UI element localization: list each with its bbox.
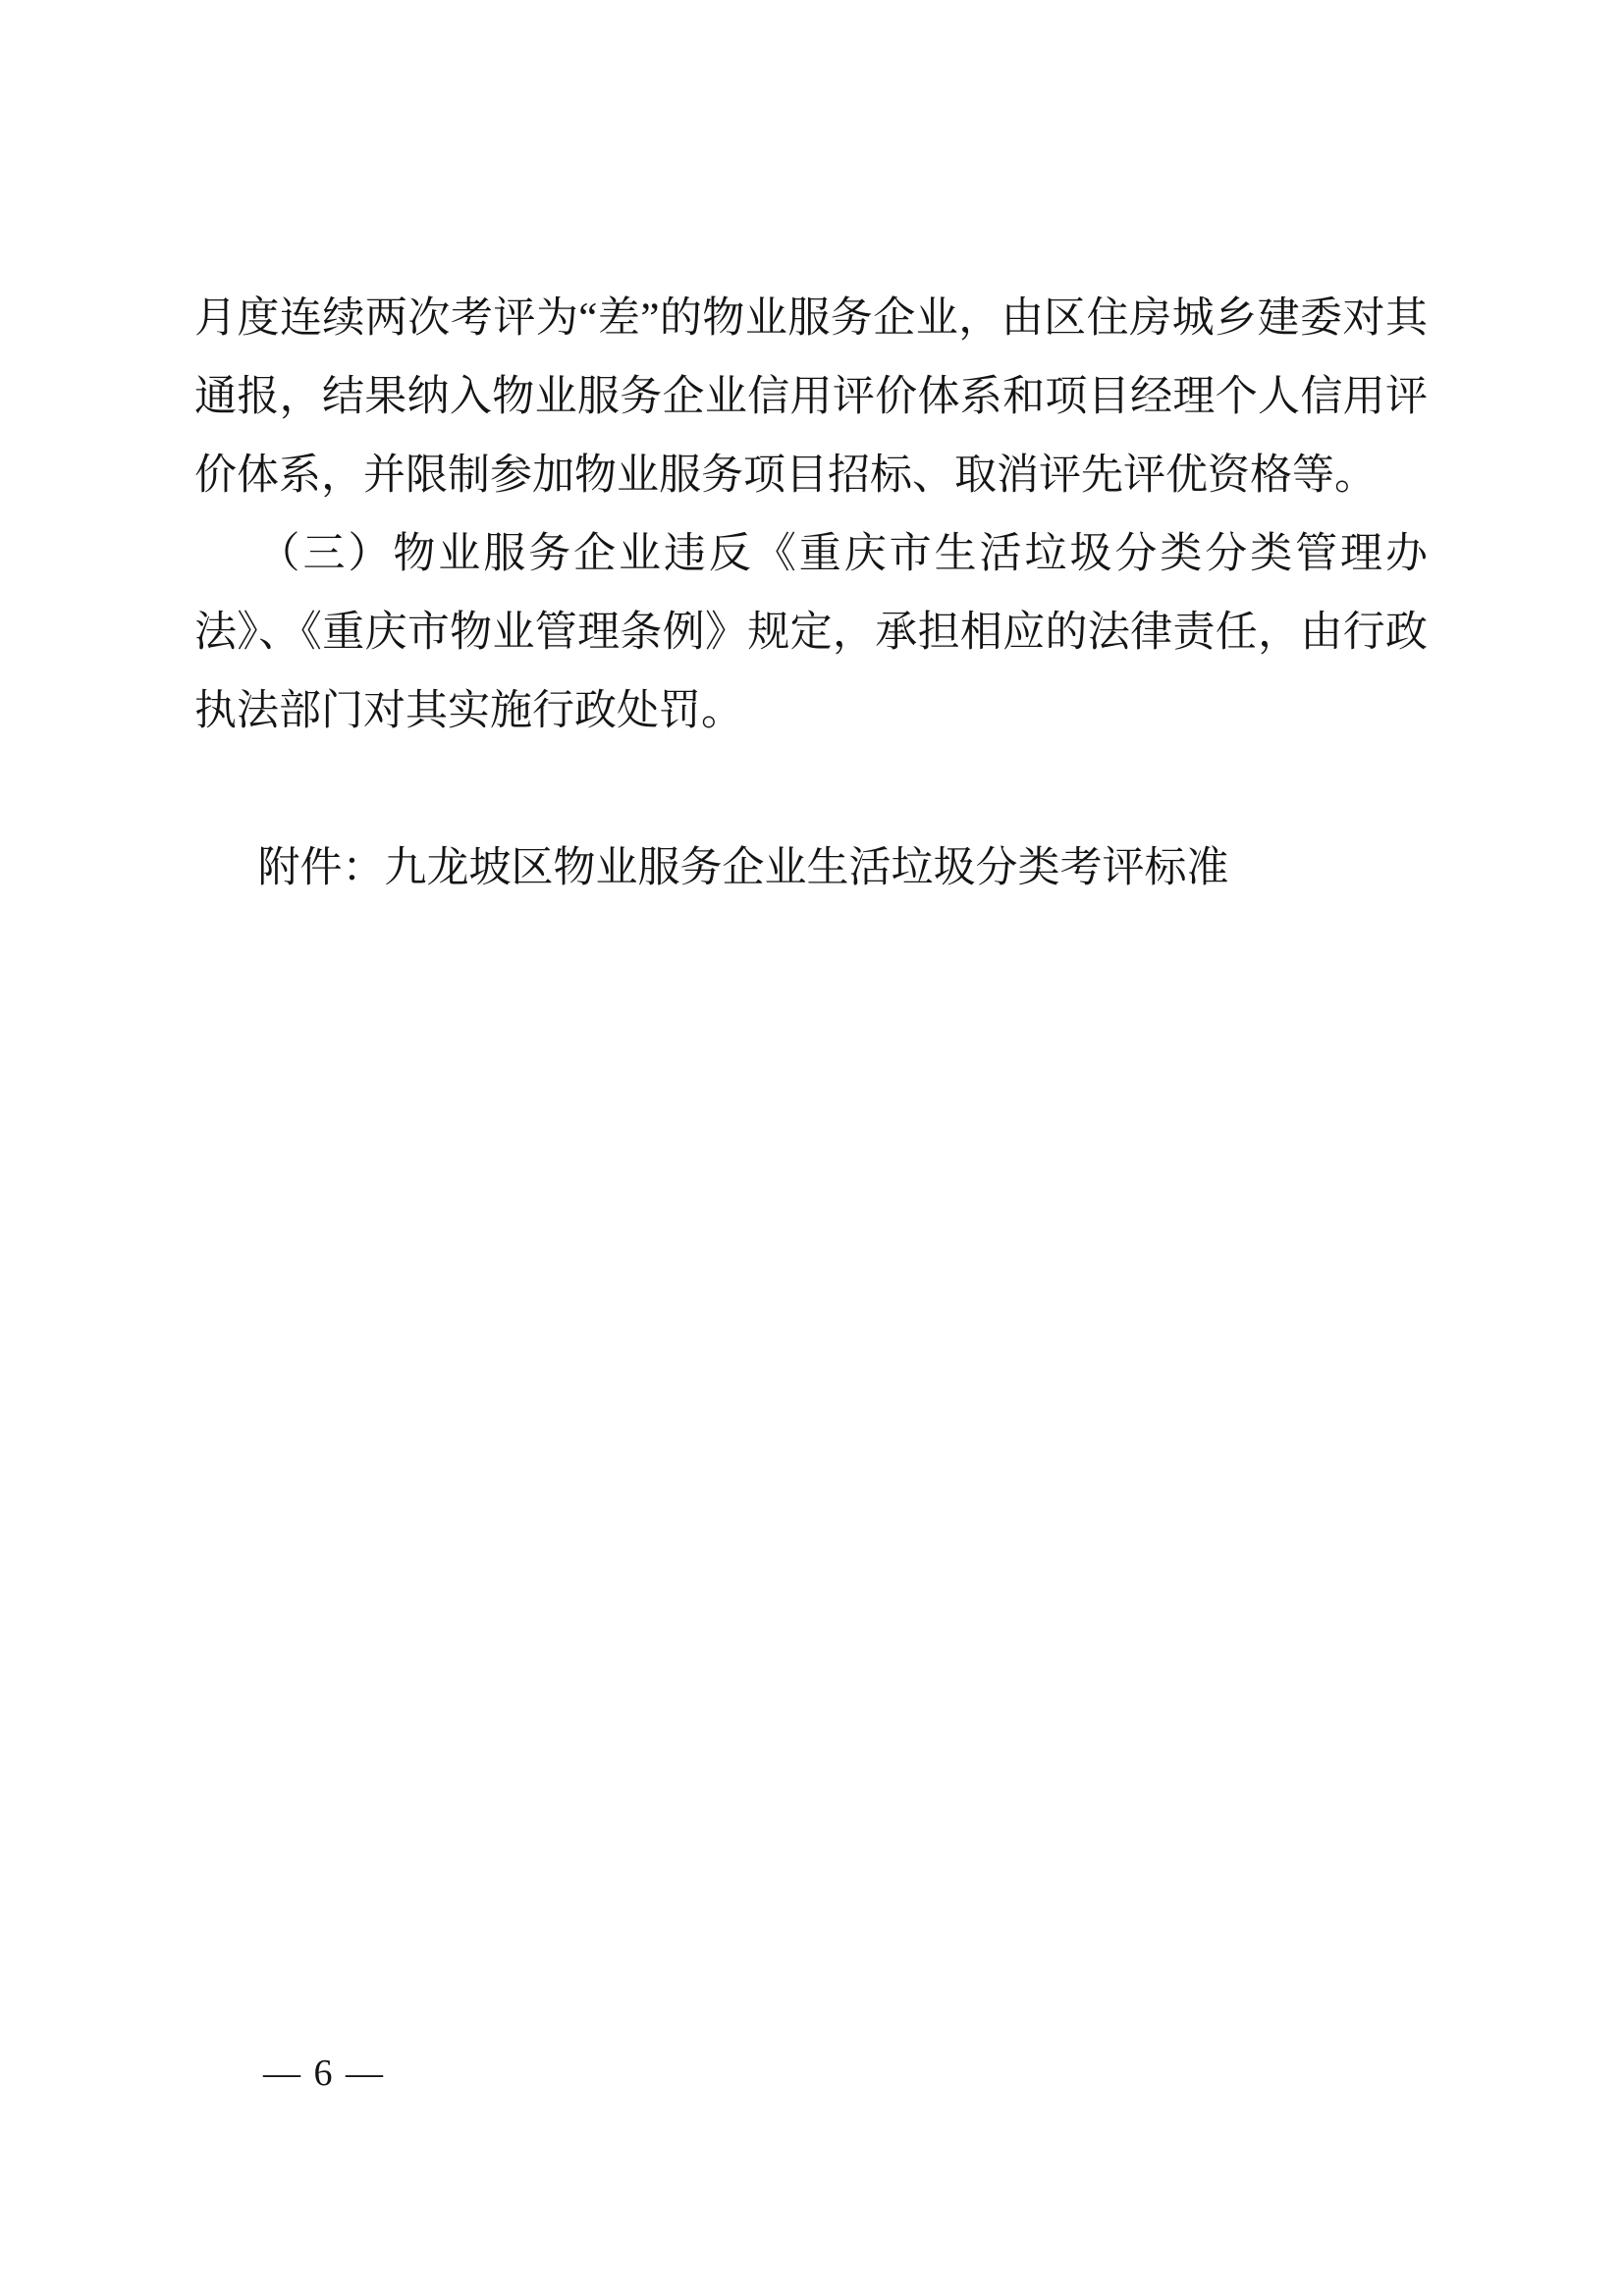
paragraph-legal-liability: （三）物业服务企业违反《重庆市生活垃圾分类分类管理办法》、《重庆市物业管理条例》… (194, 515, 1428, 751)
document-body: 月度连续两次考评为“差”的物业服务企业，由区住房城乡建委对其通报，结果纳入物业服… (194, 280, 1428, 908)
attachment-line: 附件：九龙坡区物业服务企业生活垃圾分类考评标准 (194, 829, 1428, 908)
page-number: — 6 — (263, 2050, 385, 2097)
paragraph-penalty-notice: 月度连续两次考评为“差”的物业服务企业，由区住房城乡建委对其通报，结果纳入物业服… (194, 280, 1428, 515)
document-page: 月度连续两次考评为“差”的物业服务企业，由区住房城乡建委对其通报，结果纳入物业服… (0, 0, 1623, 2296)
